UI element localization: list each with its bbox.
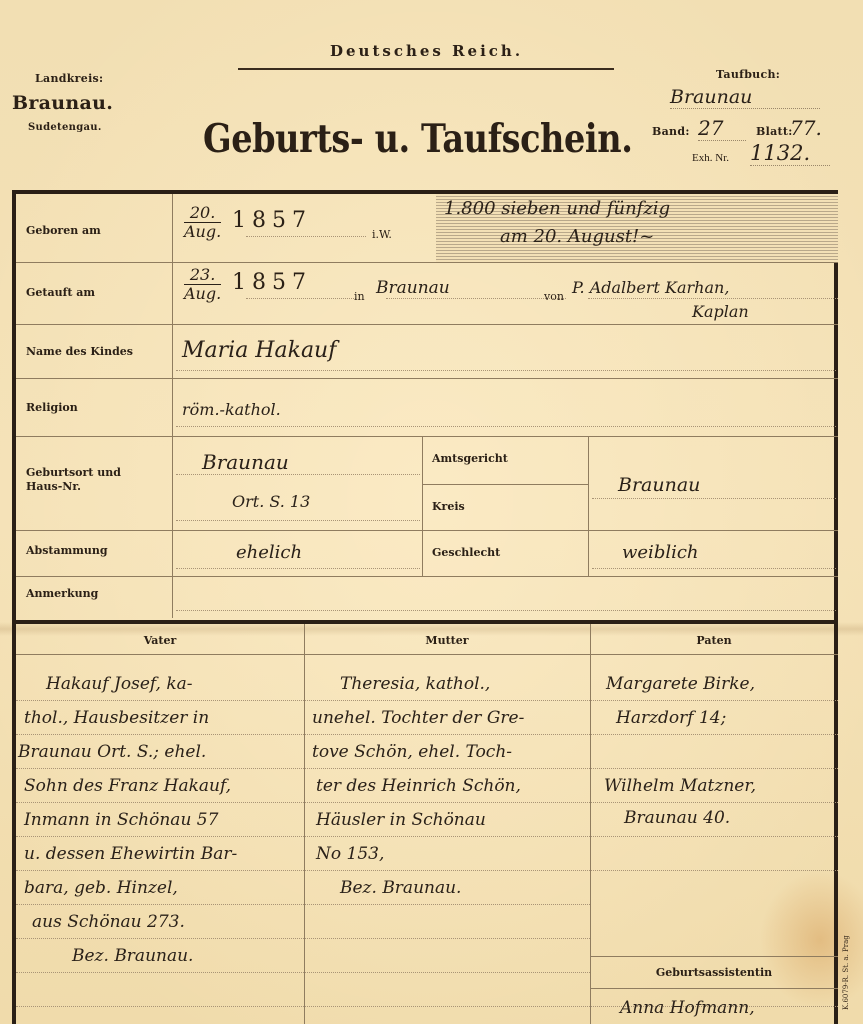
state-underline bbox=[238, 68, 614, 70]
row-line bbox=[16, 262, 838, 263]
abstammung-value: ehelich bbox=[236, 542, 302, 563]
label-column-divider bbox=[172, 194, 173, 618]
amtsgericht-label: Amtsgericht bbox=[432, 452, 508, 465]
child-name: Maria Hakauf bbox=[182, 338, 336, 363]
row-line bbox=[16, 436, 838, 437]
band-label: Band: bbox=[652, 125, 690, 138]
section-separator bbox=[16, 620, 838, 624]
certificate-form: Geboren am Getauft am Name des Kindes Re… bbox=[12, 190, 838, 1024]
geburtsort-label-line2: Haus-Nr. bbox=[26, 480, 81, 493]
dotted-line bbox=[176, 610, 836, 611]
exh-nr-value: 1132. bbox=[750, 141, 830, 166]
birth-year: 1857 bbox=[232, 208, 312, 233]
mutter-line-6: No 153, bbox=[316, 844, 384, 864]
printer-imprint: K.6079-R. St. a. Prag bbox=[842, 935, 850, 1010]
dotted-line bbox=[176, 426, 836, 427]
baptism-date-fraction: 23. Aug. bbox=[184, 266, 221, 303]
vater-heading: Vater bbox=[16, 634, 304, 647]
mutter-line-2: unehel. Tochter der Gre- bbox=[312, 708, 524, 728]
mutter-line-1: Theresia, kathol., bbox=[340, 674, 490, 694]
mutter-heading: Mutter bbox=[304, 634, 590, 647]
dotted-line bbox=[246, 298, 356, 299]
vater-line-9: Bez. Braunau. bbox=[72, 946, 193, 966]
mid-divider-2 bbox=[588, 436, 589, 576]
taufbuch-value: Braunau bbox=[670, 86, 820, 109]
dotted-line bbox=[16, 870, 838, 871]
kreis-value: Braunau bbox=[618, 474, 700, 496]
birth-suffix: i.W. bbox=[372, 228, 392, 241]
dotted-line bbox=[16, 700, 838, 701]
vater-line-2: thol., Hausbesitzer in bbox=[24, 708, 209, 728]
landkreis-label: Landkreis: bbox=[35, 72, 103, 85]
religion-value: röm.-kathol. bbox=[182, 400, 281, 419]
assistentin-top-line bbox=[590, 956, 838, 957]
vater-line-5: Inmann in Schönau 57 bbox=[24, 810, 218, 830]
blatt-value: 77. bbox=[790, 116, 822, 140]
baptism-place: Braunau bbox=[376, 278, 450, 298]
dotted-line bbox=[176, 474, 420, 475]
baptism-officiant-line1: P. Adalbert Karhan, bbox=[572, 278, 729, 297]
blatt-label: Blatt: bbox=[756, 125, 793, 138]
paten-line-4: Wilhelm Matzner, bbox=[604, 776, 756, 796]
geburtsassistentin-value: Anna Hofmann, bbox=[620, 998, 755, 1018]
taufbuch-label: Taufbuch: bbox=[716, 68, 780, 81]
house-number-value: Ort. S. 13 bbox=[232, 492, 310, 511]
dotted-line bbox=[588, 298, 838, 299]
dotted-line bbox=[386, 298, 566, 299]
mutter-line-4: ter des Heinrich Schön, bbox=[316, 776, 521, 796]
getauft-label: Getauft am bbox=[26, 286, 95, 299]
geschlecht-label: Geschlecht bbox=[432, 546, 500, 559]
dotted-line bbox=[16, 734, 838, 735]
dotted-line bbox=[16, 904, 590, 905]
birth-day: 20. bbox=[184, 204, 221, 223]
row-line bbox=[16, 530, 838, 531]
dotted-line bbox=[592, 498, 836, 499]
birthplace-value: Braunau bbox=[202, 450, 289, 474]
state-heading: Deutsches Reich. bbox=[330, 42, 523, 60]
geschlecht-value: weiblich bbox=[622, 542, 699, 563]
dotted-line bbox=[592, 568, 836, 569]
birth-month: Aug. bbox=[184, 222, 221, 241]
baptism-in-label: in bbox=[354, 290, 365, 303]
geboren-label: Geboren am bbox=[26, 224, 101, 237]
dotted-line bbox=[16, 972, 590, 973]
vater-line-6: u. dessen Ehewirtin Bar- bbox=[24, 844, 237, 864]
landkreis-value: Braunau. bbox=[12, 92, 113, 114]
geburtsassistentin-heading: Geburtsassistentin bbox=[590, 966, 838, 979]
religion-label: Religion bbox=[26, 401, 78, 414]
vater-line-1: Hakauf Josef, ka- bbox=[46, 674, 193, 694]
birth-date-fraction: 20. Aug. bbox=[184, 204, 221, 241]
vater-line-8: aus Schönau 273. bbox=[32, 912, 185, 932]
parents-column-divider bbox=[590, 624, 591, 1024]
mutter-line-7: Bez. Braunau. bbox=[340, 878, 461, 898]
vater-line-4: Sohn des Franz Hakauf, bbox=[24, 776, 231, 796]
document-title: Geburts- u. Taufschein. bbox=[203, 116, 632, 162]
baptism-day: 23. bbox=[184, 266, 221, 285]
dotted-line bbox=[246, 236, 366, 237]
band-value: 27 bbox=[698, 116, 746, 141]
dotted-line bbox=[16, 802, 838, 803]
mutter-line-3: tove Schön, ehel. Toch- bbox=[312, 742, 512, 762]
paten-line-2: Harzdorf 14; bbox=[616, 708, 726, 728]
birth-in-words-line1: 1.800 sieben und fünfzig bbox=[444, 198, 670, 219]
parents-column-divider bbox=[304, 624, 305, 1024]
vater-line-3: Braunau Ort. S.; ehel. bbox=[18, 742, 206, 762]
dotted-line bbox=[176, 568, 420, 569]
abstammung-label: Abstammung bbox=[26, 544, 108, 557]
mid-divider bbox=[422, 436, 423, 576]
mutter-line-5: Häusler in Schönau bbox=[316, 810, 486, 830]
row-line bbox=[16, 378, 838, 379]
dotted-line bbox=[176, 370, 836, 371]
baptism-von-label: von bbox=[544, 290, 564, 303]
anmerkung-label: Anmerkung bbox=[26, 587, 98, 600]
header-underline bbox=[16, 654, 838, 655]
paten-line-1: Margarete Birke, bbox=[606, 674, 755, 694]
paten-line-5: Braunau 40. bbox=[624, 808, 730, 828]
dotted-line bbox=[176, 520, 420, 521]
paten-heading: Paten bbox=[590, 634, 838, 647]
assistentin-bottom-line bbox=[590, 988, 838, 989]
row-line bbox=[422, 484, 588, 485]
baptism-year: 1857 bbox=[232, 270, 312, 295]
baptism-officiant-line2: Kaplan bbox=[692, 302, 749, 321]
gau-label: Sudetengau. bbox=[28, 122, 102, 133]
row-line bbox=[16, 324, 838, 325]
dotted-line bbox=[16, 768, 838, 769]
geburtsort-label-line1: Geburtsort und bbox=[26, 466, 121, 479]
name-label: Name des Kindes bbox=[26, 345, 133, 358]
kreis-label: Kreis bbox=[432, 500, 465, 513]
row-line bbox=[16, 576, 838, 577]
dotted-line bbox=[16, 836, 838, 837]
vater-line-7: bara, geb. Hinzel, bbox=[24, 878, 178, 898]
birth-in-words-line2: am 20. August!~ bbox=[500, 226, 654, 247]
exh-nr-label: Exh. Nr. bbox=[692, 152, 729, 164]
dotted-line bbox=[16, 938, 590, 939]
baptism-month: Aug. bbox=[184, 284, 221, 303]
